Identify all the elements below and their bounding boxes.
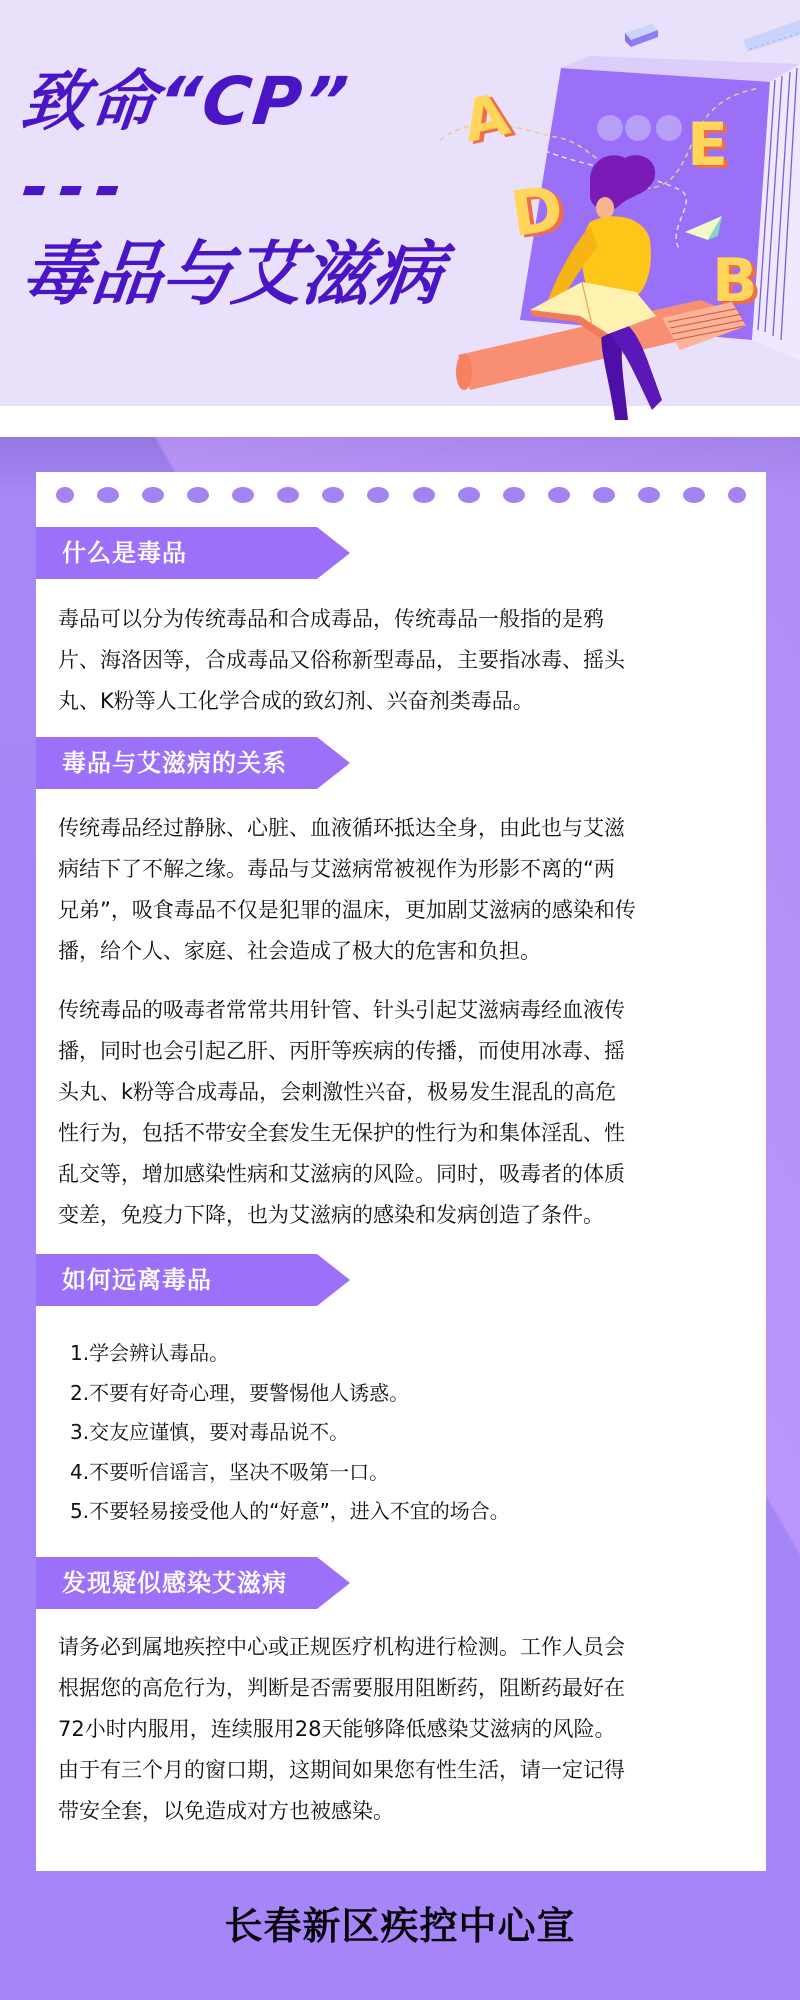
section-title: 发现疑似感染艾滋病 (62, 1557, 287, 1609)
letter-d-icon: D D (506, 171, 572, 253)
paragraph-line: 根据您的高危行为，判断是否需要服用阻断药，阻断药最好在 (58, 1668, 752, 1709)
dot-icon (503, 487, 525, 503)
section-paragraph: 传统毒品经过静脉、心脏、血液循环抵达全身，由此也与艾滋 病结下了不解之缘。毒品与… (58, 808, 752, 972)
section-banner-suspected-infection: 发现疑似感染艾滋病 (36, 1557, 350, 1609)
dot-icon (638, 487, 660, 503)
ruler-icon (743, 20, 800, 52)
dot-icon (277, 487, 299, 503)
dot-icon (548, 487, 570, 503)
section-paragraph: 毒品可以分为传统毒品和合成毒品，传统毒品一般指的是鸦 片、海洛因等，合成毒品又俗… (58, 599, 752, 722)
list-item: 2.不要有好奇心理，要警惕他人诱惑。 (70, 1374, 750, 1414)
section-paragraph: 传统毒品的吸毒者常常共用针管、针头引起艾滋病毒经血液传 播，同时也会引起乙肝、丙… (58, 990, 752, 1236)
hero-title-line2: 毒品与艾滋病 (18, 232, 447, 316)
dot-icon (683, 487, 705, 503)
dot-icon (97, 487, 119, 503)
letter-a-icon: A A (457, 80, 520, 158)
paragraph-line: 片、海洛因等，合成毒品又俗称新型毒品，主要指冰毒、摇头 (58, 640, 752, 681)
section-title: 毒品与艾滋病的关系 (62, 737, 287, 789)
dot-icon (232, 487, 254, 503)
paragraph-line: 病结下了不解之缘。毒品与艾滋病常被视作为形影不离的“两 (58, 849, 752, 890)
footer-publisher: 长春新区疾控中心宣 (0, 1896, 800, 1956)
reading-girl-illustration: A A D D E E B B (440, 0, 800, 437)
paragraph-line: 丸、K粉等人工化学合成的致幻剂、兴奋剂类毒品。 (58, 681, 752, 722)
paragraph-line: 由于有三个月的窗口期，这期间如果您有性生活，请一定记得 (58, 1750, 752, 1791)
dot-icon (142, 487, 164, 503)
hero-title-separator: --- (20, 168, 134, 208)
paragraph-line: 播，给个人、家庭、社会造成了极大的危害和负担。 (58, 931, 752, 972)
dot-icon (322, 487, 344, 503)
section-paragraph: 请务必到属地疾控中心或正规医疗机构进行检测。工作人员会 根据您的高危行为，判断是… (58, 1627, 752, 1832)
section-banner-what-are-drugs: 什么是毒品 (36, 527, 350, 579)
paragraph-line: 72小时内服用，连续服用28天能够降低感染艾滋病的风险。 (58, 1709, 752, 1750)
hero-title-line1: 致命“CP” (18, 62, 353, 142)
paragraph-line: 头丸、k粉等合成毒品，会刺激性兴奋，极易发生混乱的高危 (58, 1072, 752, 1113)
paragraph-line: 播，同时也会引起乙肝、丙肝等疾病的传播，而使用冰毒、摇 (58, 1031, 752, 1072)
list-item: 3.交友应谨慎，要对毒品说不。 (70, 1413, 750, 1453)
paragraph-line: 变差，免疫力下降，也为艾滋病的感染和发病创造了条件。 (58, 1195, 752, 1236)
paragraph-line: 传统毒品的吸毒者常常共用针管、针头引起艾滋病毒经血液传 (58, 990, 752, 1031)
svg-text:E: E (687, 110, 728, 180)
dot-icon (593, 487, 615, 503)
content-card: 什么是毒品 毒品可以分为传统毒品和合成毒品，传统毒品一般指的是鸦 片、海洛因等，… (36, 472, 766, 1871)
paragraph-line: 带安全套，以免造成对方也被感染。 (58, 1791, 752, 1832)
paragraph-line: 请务必到属地疾控中心或正规医疗机构进行检测。工作人员会 (58, 1627, 752, 1668)
dot-icon (56, 487, 74, 503)
section-banner-stay-away-from-drugs: 如何远离毒品 (36, 1254, 350, 1306)
section-banner-drugs-and-aids: 毒品与艾滋病的关系 (36, 737, 350, 789)
list-item: 4.不要听信谣言，坚决不吸第一口。 (70, 1453, 750, 1493)
svg-text:D: D (506, 171, 567, 250)
paragraph-line: 性行为，包括不带安全套发生无保护的性行为和集体淫乱、性 (58, 1113, 752, 1154)
dot-icon (728, 487, 746, 503)
list-item: 1.学会辨认毒品。 (70, 1334, 750, 1374)
letter-e-icon: E E (687, 110, 732, 183)
dot-icon (458, 487, 480, 503)
section-title: 什么是毒品 (62, 527, 187, 579)
paragraph-line: 兄弟”，吸食毒品不仅是犯罪的温床，更加剧艾滋病的感染和传 (58, 890, 752, 931)
dots-decoration (56, 485, 746, 505)
paragraph-line: 毒品可以分为传统毒品和合成毒品，传统毒品一般指的是鸦 (58, 599, 752, 640)
paragraph-line: 传统毒品经过静脉、心脏、血液循环抵达全身，由此也与艾滋 (58, 808, 752, 849)
dot-icon (367, 487, 389, 503)
list-item: 5.不要轻易接受他人的“好意”，进入不宜的场合。 (70, 1492, 750, 1532)
paragraph-line: 乱交等，增加感染性病和艾滋病的风险。同时，吸毒者的体质 (58, 1154, 752, 1195)
tips-list: 1.学会辨认毒品。 2.不要有好奇心理，要警惕他人诱惑。 3.交友应谨慎，要对毒… (70, 1334, 750, 1532)
dot-icon (413, 487, 435, 503)
eraser-icon (625, 24, 658, 47)
dot-icon (187, 487, 209, 503)
section-title: 如何远离毒品 (62, 1254, 212, 1306)
